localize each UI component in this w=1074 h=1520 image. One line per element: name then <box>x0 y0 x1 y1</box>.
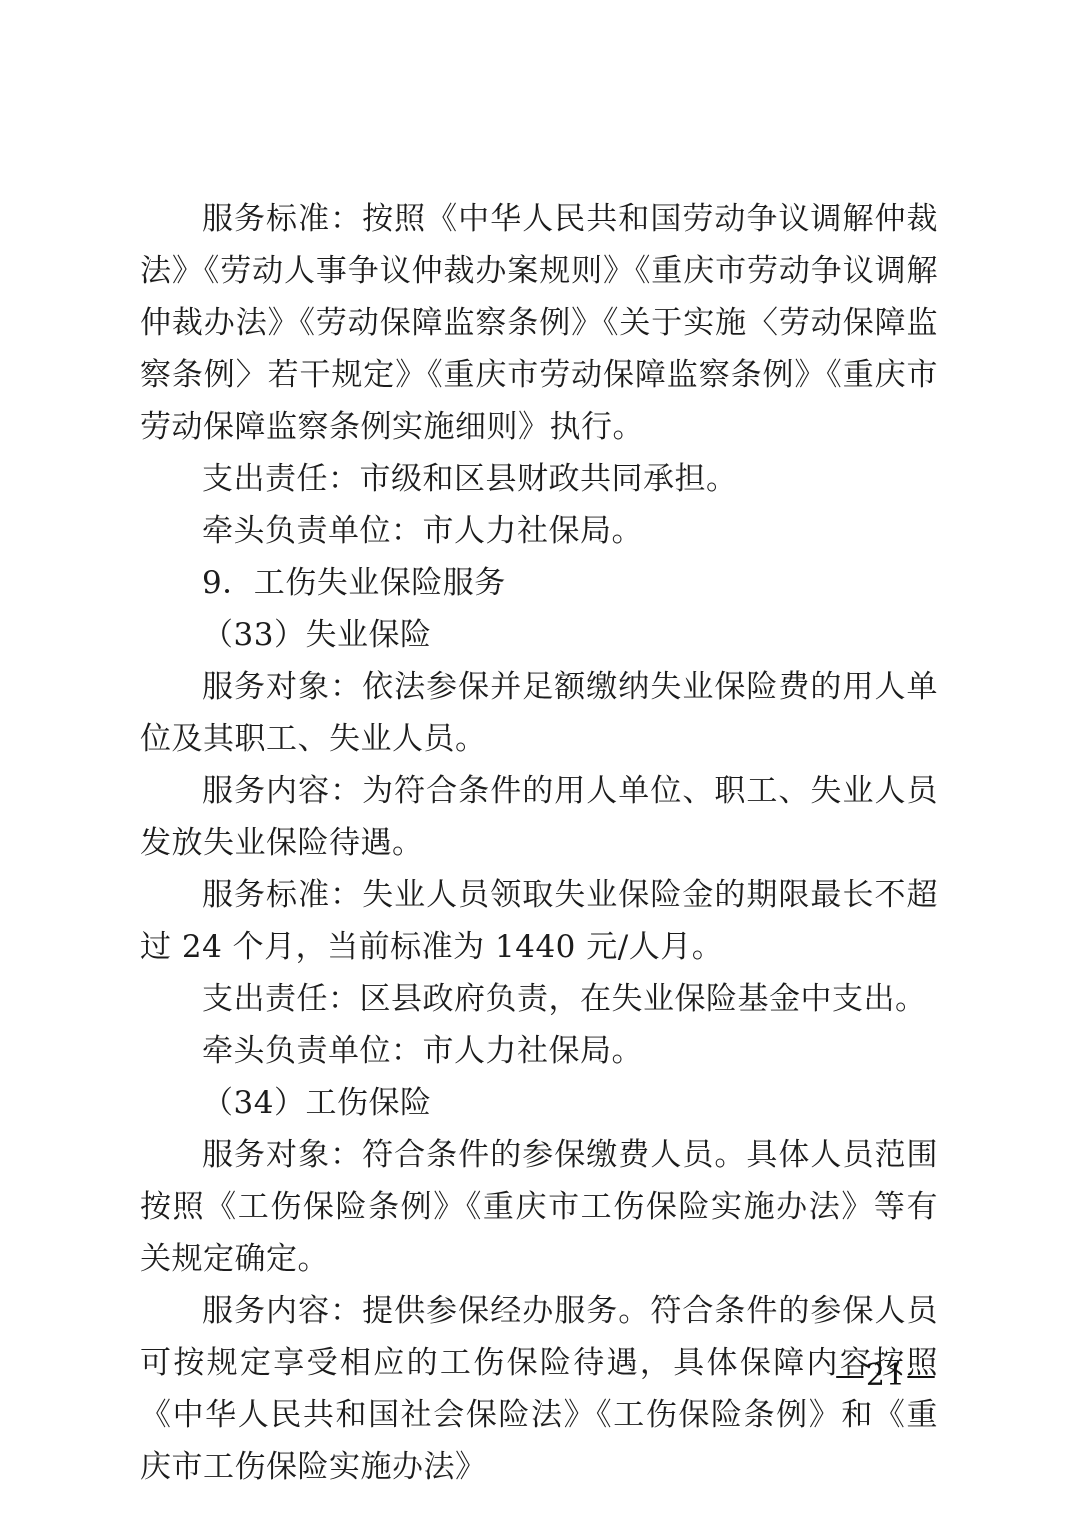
paragraph-lead-unit-unemployment: 牵头负责单位：市人力社保局。 <box>140 1025 938 1077</box>
heading-section-9-work-injury-unemployment-insurance: 9．工伤失业保险服务 <box>140 557 938 609</box>
heading-item-34-work-injury-insurance: （34）工伤保险 <box>140 1077 938 1129</box>
paragraph-expenditure-responsibility-unemployment: 支出责任：区县政府负责，在失业保险基金中支出。 <box>140 973 938 1025</box>
paragraph-service-content-unemployment: 服务内容：为符合条件的用人单位、职工、失业人员发放失业保险待遇。 <box>140 765 938 869</box>
paragraph-service-standard-arbitration: 服务标准：按照《中华人民共和国劳动争议调解仲裁法》《劳动人事争议仲裁办案规则》《… <box>140 193 938 453</box>
paragraph-service-content-work-injury: 服务内容：提供参保经办服务。符合条件的参保人员可按规定享受相应的工伤保险待遇，具… <box>140 1285 938 1493</box>
paragraph-service-target-work-injury: 服务对象：符合条件的参保缴费人员。具体人员范围按照《工伤保险条例》《重庆市工伤保… <box>140 1129 938 1285</box>
paragraph-service-target-unemployment: 服务对象：依法参保并足额缴纳失业保险费的用人单位及其职工、失业人员。 <box>140 661 938 765</box>
document-text-block: 服务标准：按照《中华人民共和国劳动争议调解仲裁法》《劳动人事争议仲裁办案规则》《… <box>140 193 938 1493</box>
paragraph-expenditure-responsibility-arbitration: 支出责任：市级和区县财政共同承担。 <box>140 453 938 505</box>
heading-item-33-unemployment-insurance: （33）失业保险 <box>140 609 938 661</box>
paragraph-service-standard-unemployment: 服务标准：失业人员领取失业保险金的期限最长不超过 24 个月，当前标准为 144… <box>140 869 938 973</box>
page-number: —21— <box>835 1356 937 1396</box>
document-page: 服务标准：按照《中华人民共和国劳动争议调解仲裁法》《劳动人事争议仲裁办案规则》《… <box>0 0 1074 1520</box>
paragraph-lead-unit-arbitration: 牵头负责单位：市人力社保局。 <box>140 505 938 557</box>
